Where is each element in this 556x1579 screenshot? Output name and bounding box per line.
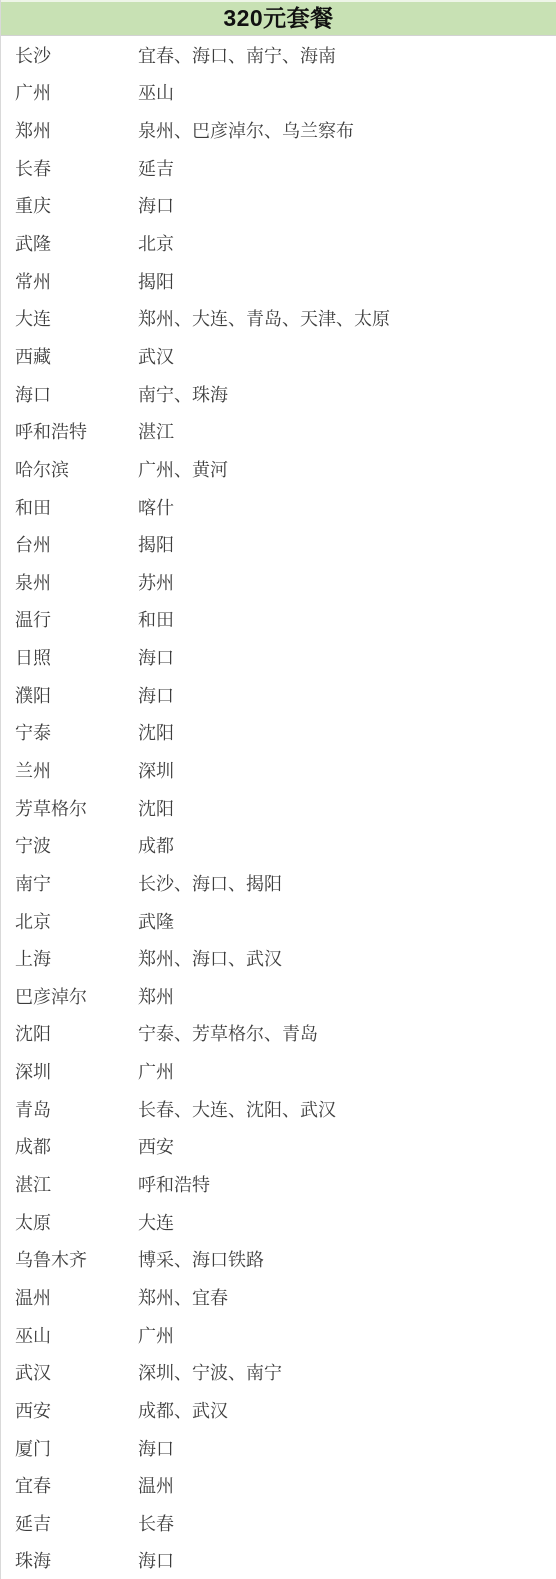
destinations-cell: 湛江 <box>138 418 556 444</box>
table-row: 呼和浩特湛江 <box>1 412 556 450</box>
table-title: 320元套餐 <box>1 0 556 36</box>
origin-cell: 长沙 <box>1 42 138 68</box>
table-row: 宁泰沈阳 <box>1 714 556 752</box>
origin-cell: 泉州 <box>1 569 138 595</box>
destinations-cell: 海口 <box>138 192 556 218</box>
table-row: 巫山广州 <box>1 1316 556 1354</box>
origin-cell: 太原 <box>1 1209 138 1235</box>
table-row: 青岛长春、大连、沈阳、武汉 <box>1 1090 556 1128</box>
destinations-cell: 揭阳 <box>138 268 556 294</box>
table-row: 宜春温州 <box>1 1466 556 1504</box>
table-row: 上海郑州、海口、武汉 <box>1 939 556 977</box>
destinations-cell: 呼和浩特 <box>138 1171 556 1197</box>
origin-cell: 巴彦淖尔 <box>1 983 138 1009</box>
table-row: 成都西安 <box>1 1128 556 1166</box>
origin-cell: 宁泰 <box>1 719 138 745</box>
table-row: 温行和田 <box>1 601 556 639</box>
table-row: 台州揭阳 <box>1 525 556 563</box>
destinations-cell: 郑州 <box>138 983 556 1009</box>
table-row: 厦门海口 <box>1 1429 556 1467</box>
table-row: 芳草格尔沈阳 <box>1 789 556 827</box>
destinations-cell: 宁泰、芳草格尔、青岛 <box>138 1020 556 1046</box>
table-row: 深圳广州 <box>1 1052 556 1090</box>
origin-cell: 南宁 <box>1 870 138 896</box>
table-row: 沈阳宁泰、芳草格尔、青岛 <box>1 1015 556 1053</box>
destinations-cell: 延吉 <box>138 155 556 181</box>
table-row: 常州揭阳 <box>1 262 556 300</box>
destinations-cell: 南宁、珠海 <box>138 381 556 407</box>
table-row: 武隆北京 <box>1 224 556 262</box>
destinations-cell: 泉州、巴彦淖尔、乌兰察布 <box>138 117 556 143</box>
table-row: 郑州泉州、巴彦淖尔、乌兰察布 <box>1 111 556 149</box>
destinations-cell: 武汉 <box>138 343 556 369</box>
destinations-cell: 揭阳 <box>138 531 556 557</box>
origin-cell: 哈尔滨 <box>1 456 138 482</box>
destinations-cell: 广州 <box>138 1322 556 1348</box>
destinations-cell: 郑州、大连、青岛、天津、太原 <box>138 305 556 331</box>
destinations-cell: 巫山 <box>138 79 556 105</box>
origin-cell: 日照 <box>1 644 138 670</box>
origin-cell: 青岛 <box>1 1096 138 1122</box>
destinations-cell: 海口 <box>138 682 556 708</box>
origin-cell: 长春 <box>1 155 138 181</box>
table-row: 太原大连 <box>1 1203 556 1241</box>
destinations-cell: 深圳 <box>138 757 556 783</box>
table-row: 重庆海口 <box>1 187 556 225</box>
destinations-cell: 沈阳 <box>138 795 556 821</box>
destinations-cell: 海口 <box>138 1547 556 1573</box>
destinations-cell: 长春 <box>138 1510 556 1536</box>
origin-cell: 北京 <box>1 908 138 934</box>
destinations-cell: 成都 <box>138 832 556 858</box>
table-row: 西安成都、武汉 <box>1 1391 556 1429</box>
destinations-cell: 长沙、海口、揭阳 <box>138 870 556 896</box>
destinations-cell: 武隆 <box>138 908 556 934</box>
table-row: 湛江呼和浩特 <box>1 1165 556 1203</box>
table-row: 泉州苏州 <box>1 563 556 601</box>
origin-cell: 郑州 <box>1 117 138 143</box>
destinations-cell: 宜春、海口、南宁、海南 <box>138 42 556 68</box>
origin-cell: 宜春 <box>1 1472 138 1498</box>
origin-cell: 呼和浩特 <box>1 418 138 444</box>
origin-cell: 延吉 <box>1 1510 138 1536</box>
destinations-cell: 郑州、宜春 <box>138 1284 556 1310</box>
destinations-cell: 大连 <box>138 1209 556 1235</box>
origin-cell: 芳草格尔 <box>1 795 138 821</box>
origin-cell: 宁波 <box>1 832 138 858</box>
table-row: 北京武隆 <box>1 902 556 940</box>
destinations-cell: 苏州 <box>138 569 556 595</box>
origin-cell: 濮阳 <box>1 682 138 708</box>
destinations-cell: 广州、黄河 <box>138 456 556 482</box>
destinations-cell: 郑州、海口、武汉 <box>138 945 556 971</box>
origin-cell: 武隆 <box>1 230 138 256</box>
fare-package-table: 320元套餐 长沙宜春、海口、南宁、海南广州巫山郑州泉州、巴彦淖尔、乌兰察布长春… <box>0 0 556 1579</box>
origin-cell: 常州 <box>1 268 138 294</box>
table-row: 延吉长春 <box>1 1504 556 1542</box>
origin-cell: 广州 <box>1 79 138 105</box>
origin-cell: 上海 <box>1 945 138 971</box>
table-row: 和田喀什 <box>1 488 556 526</box>
table-row: 南宁长沙、海口、揭阳 <box>1 864 556 902</box>
table-row: 珠海海口 <box>1 1542 556 1579</box>
origin-cell: 珠海 <box>1 1547 138 1573</box>
table-row: 乌鲁木齐博采、海口铁路 <box>1 1241 556 1279</box>
table-row: 长春延吉 <box>1 149 556 187</box>
origin-cell: 台州 <box>1 531 138 557</box>
table-row: 兰州深圳 <box>1 751 556 789</box>
origin-cell: 西藏 <box>1 343 138 369</box>
table-row: 长沙宜春、海口、南宁、海南 <box>1 36 556 74</box>
destinations-cell: 成都、武汉 <box>138 1397 556 1423</box>
table-row: 大连郑州、大连、青岛、天津、太原 <box>1 299 556 337</box>
origin-cell: 厦门 <box>1 1435 138 1461</box>
destinations-cell: 海口 <box>138 1435 556 1461</box>
table-row: 温州郑州、宜春 <box>1 1278 556 1316</box>
table-row: 西藏武汉 <box>1 337 556 375</box>
table-row: 武汉深圳、宁波、南宁 <box>1 1353 556 1391</box>
table-row: 宁波成都 <box>1 826 556 864</box>
table-row: 广州巫山 <box>1 74 556 112</box>
origin-cell: 温行 <box>1 606 138 632</box>
destinations-cell: 温州 <box>138 1472 556 1498</box>
destinations-cell: 和田 <box>138 606 556 632</box>
origin-cell: 乌鲁木齐 <box>1 1246 138 1272</box>
table-body: 长沙宜春、海口、南宁、海南广州巫山郑州泉州、巴彦淖尔、乌兰察布长春延吉重庆海口武… <box>1 36 556 1579</box>
origin-cell: 大连 <box>1 305 138 331</box>
destinations-cell: 博采、海口铁路 <box>138 1246 556 1272</box>
origin-cell: 深圳 <box>1 1058 138 1084</box>
table-row: 巴彦淖尔郑州 <box>1 977 556 1015</box>
origin-cell: 和田 <box>1 494 138 520</box>
destinations-cell: 长春、大连、沈阳、武汉 <box>138 1096 556 1122</box>
table-row: 濮阳海口 <box>1 676 556 714</box>
origin-cell: 海口 <box>1 381 138 407</box>
table-row: 日照海口 <box>1 638 556 676</box>
destinations-cell: 西安 <box>138 1133 556 1159</box>
table-row: 哈尔滨广州、黄河 <box>1 450 556 488</box>
destinations-cell: 海口 <box>138 644 556 670</box>
origin-cell: 巫山 <box>1 1322 138 1348</box>
origin-cell: 兰州 <box>1 757 138 783</box>
origin-cell: 武汉 <box>1 1359 138 1385</box>
destinations-cell: 北京 <box>138 230 556 256</box>
destinations-cell: 深圳、宁波、南宁 <box>138 1359 556 1385</box>
origin-cell: 温州 <box>1 1284 138 1310</box>
origin-cell: 西安 <box>1 1397 138 1423</box>
table-row: 海口南宁、珠海 <box>1 375 556 413</box>
origin-cell: 沈阳 <box>1 1020 138 1046</box>
origin-cell: 成都 <box>1 1133 138 1159</box>
destinations-cell: 喀什 <box>138 494 556 520</box>
origin-cell: 重庆 <box>1 192 138 218</box>
origin-cell: 湛江 <box>1 1171 138 1197</box>
destinations-cell: 广州 <box>138 1058 556 1084</box>
destinations-cell: 沈阳 <box>138 719 556 745</box>
